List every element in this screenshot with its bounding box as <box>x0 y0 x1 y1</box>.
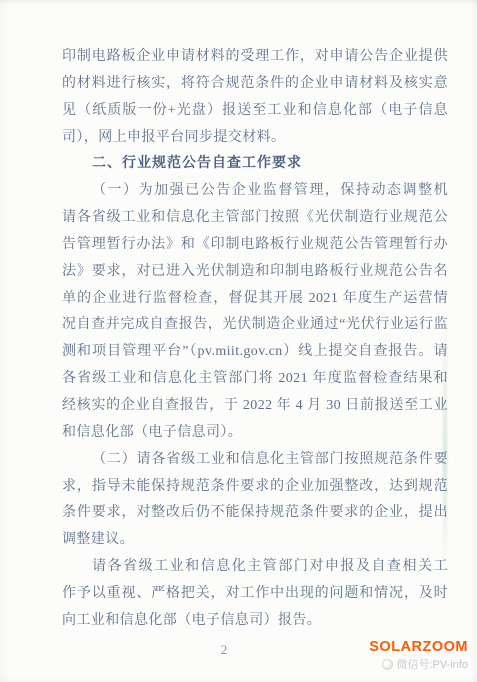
doc-line: 和信息化部（电子信息司）。 <box>62 420 448 447</box>
doc-line: 法》要求，对已进入光伏制造和印制电路板行业规范公告名 <box>62 259 448 286</box>
solarzoom-watermark: SOLARZOOM 微信号:PV-info <box>369 640 468 672</box>
page-number: 2 <box>214 642 234 658</box>
doc-line: 告管理暂行办法》和《印制电路板行业规范公告管理暂行办 <box>62 232 448 259</box>
doc-line: 调整建议。 <box>62 527 448 554</box>
doc-line: （二）请各省级工业和信息化主管部门按照规范条件要 <box>62 447 448 474</box>
doc-line: 请各省级工业和信息化主管部门对申报及自查相关工 <box>62 554 448 581</box>
doc-line: 单的企业进行监督检查，督促其开展 2021 年度生产运营情 <box>62 286 448 313</box>
document-text-block: 印制电路板企业申请材料的受理工作，对申请公告企业提供 的材料进行核实，将符合规范… <box>62 44 448 635</box>
doc-line: 印制电路板企业申请材料的受理工作，对申请公告企业提供 <box>62 44 448 71</box>
brand-logo-text: SOLARZOOM <box>369 640 468 654</box>
doc-line: 向工业和信息化部（电子信息司）报告。 <box>62 608 448 635</box>
doc-line: 条件要求，对整改后仍不能保持规范条件要求的企业，提出 <box>62 500 448 527</box>
doc-line: 作予以重视、严格把关，对工作中出现的问题和情况，及时 <box>62 581 448 608</box>
doc-line: 请各省级工业和信息化主管部门按照《光伏制造行业规范公 <box>62 205 448 232</box>
doc-line: （一）为加强已公告企业监督管理，保持动态调整机制， <box>62 178 448 205</box>
doc-line: 经核实的企业自查报告，于 2022 年 4 月 30 日前报送至工业 <box>62 393 448 420</box>
doc-line: 测和项目管理平台”（pv.miit.gov.cn）线上提交自查报告。请 <box>62 339 448 366</box>
doc-line: 况自查并完成自查报告，光伏制造企业通过“光伏行业运行监 <box>62 312 448 339</box>
doc-line: 的材料进行核实，将符合规范条件的企业申请材料及核实意 <box>62 71 448 98</box>
wechat-label: 微信号:PV-info <box>396 656 468 672</box>
doc-line: 各省级工业和信息化主管部门将 2021 年度监督检查结果和 <box>62 366 448 393</box>
section-heading: 二、行业规范公告自查工作要求 <box>62 151 448 178</box>
doc-line: 求，指导未能保持规范条件要求的企业加强整改，达到规范 <box>62 474 448 501</box>
wechat-info-row: 微信号:PV-info <box>369 656 468 672</box>
wechat-icon <box>382 659 393 670</box>
doc-line: 司），网上申报平台同步提交材料。 <box>62 125 448 152</box>
doc-line: 见（纸质版一份+光盘）报送至工业和信息化部（电子信息 <box>62 98 448 125</box>
scanned-document-page: 印制电路板企业申请材料的受理工作，对申请公告企业提供 的材料进行核实，将符合规范… <box>0 0 477 682</box>
